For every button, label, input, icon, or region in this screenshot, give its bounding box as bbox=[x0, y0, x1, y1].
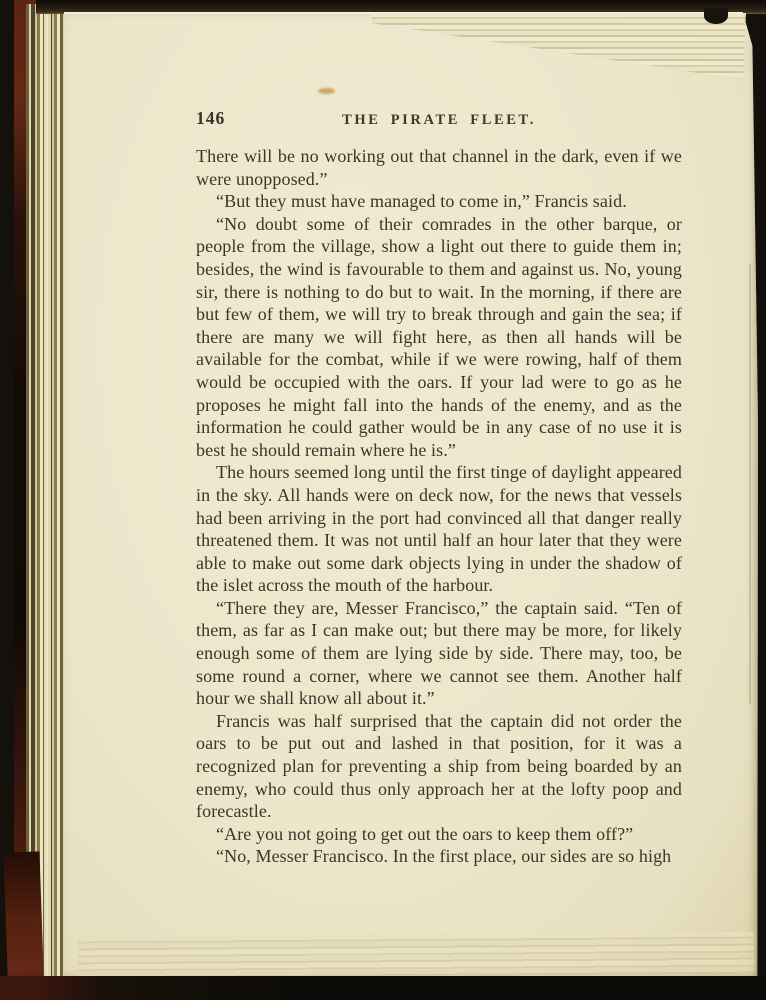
paragraph: There will be no working out that channe… bbox=[196, 145, 682, 190]
binding-clip bbox=[704, 8, 728, 24]
scanned-book-photo: 146 THE PIRATE FLEET. There will be no w… bbox=[0, 0, 766, 1000]
page-curl-line bbox=[749, 264, 751, 704]
book-top-shadow bbox=[36, 0, 766, 14]
paper-stain bbox=[318, 88, 335, 94]
printed-text-block: 146 THE PIRATE FLEET. There will be no w… bbox=[196, 108, 682, 868]
paragraph: “No, Messer Francisco. In the first plac… bbox=[196, 845, 682, 868]
running-header: 146 THE PIRATE FLEET. bbox=[196, 108, 682, 130]
book-page: 146 THE PIRATE FLEET. There will be no w… bbox=[64, 12, 758, 980]
paragraph: “No doubt some of their comrades in the … bbox=[196, 213, 682, 462]
paragraph: The hours seemed long until the first ti… bbox=[196, 461, 682, 597]
page-edge-highlight bbox=[44, 4, 51, 996]
running-header-title: THE PIRATE FLEET. bbox=[268, 112, 610, 129]
page-edge-stack-bottom bbox=[78, 932, 754, 979]
paragraph: “Are you not going to get out the oars t… bbox=[196, 823, 682, 846]
paragraph: “But they must have managed to come in,”… bbox=[196, 190, 682, 213]
paragraph: “There they are, Messer Francisco,” the … bbox=[196, 597, 682, 710]
paragraph: Francis was half surprised that the capt… bbox=[196, 710, 682, 823]
page-number: 146 bbox=[196, 108, 268, 129]
page-body: There will be no working out that channe… bbox=[196, 145, 682, 868]
book-bottom-shadow bbox=[0, 976, 766, 1000]
